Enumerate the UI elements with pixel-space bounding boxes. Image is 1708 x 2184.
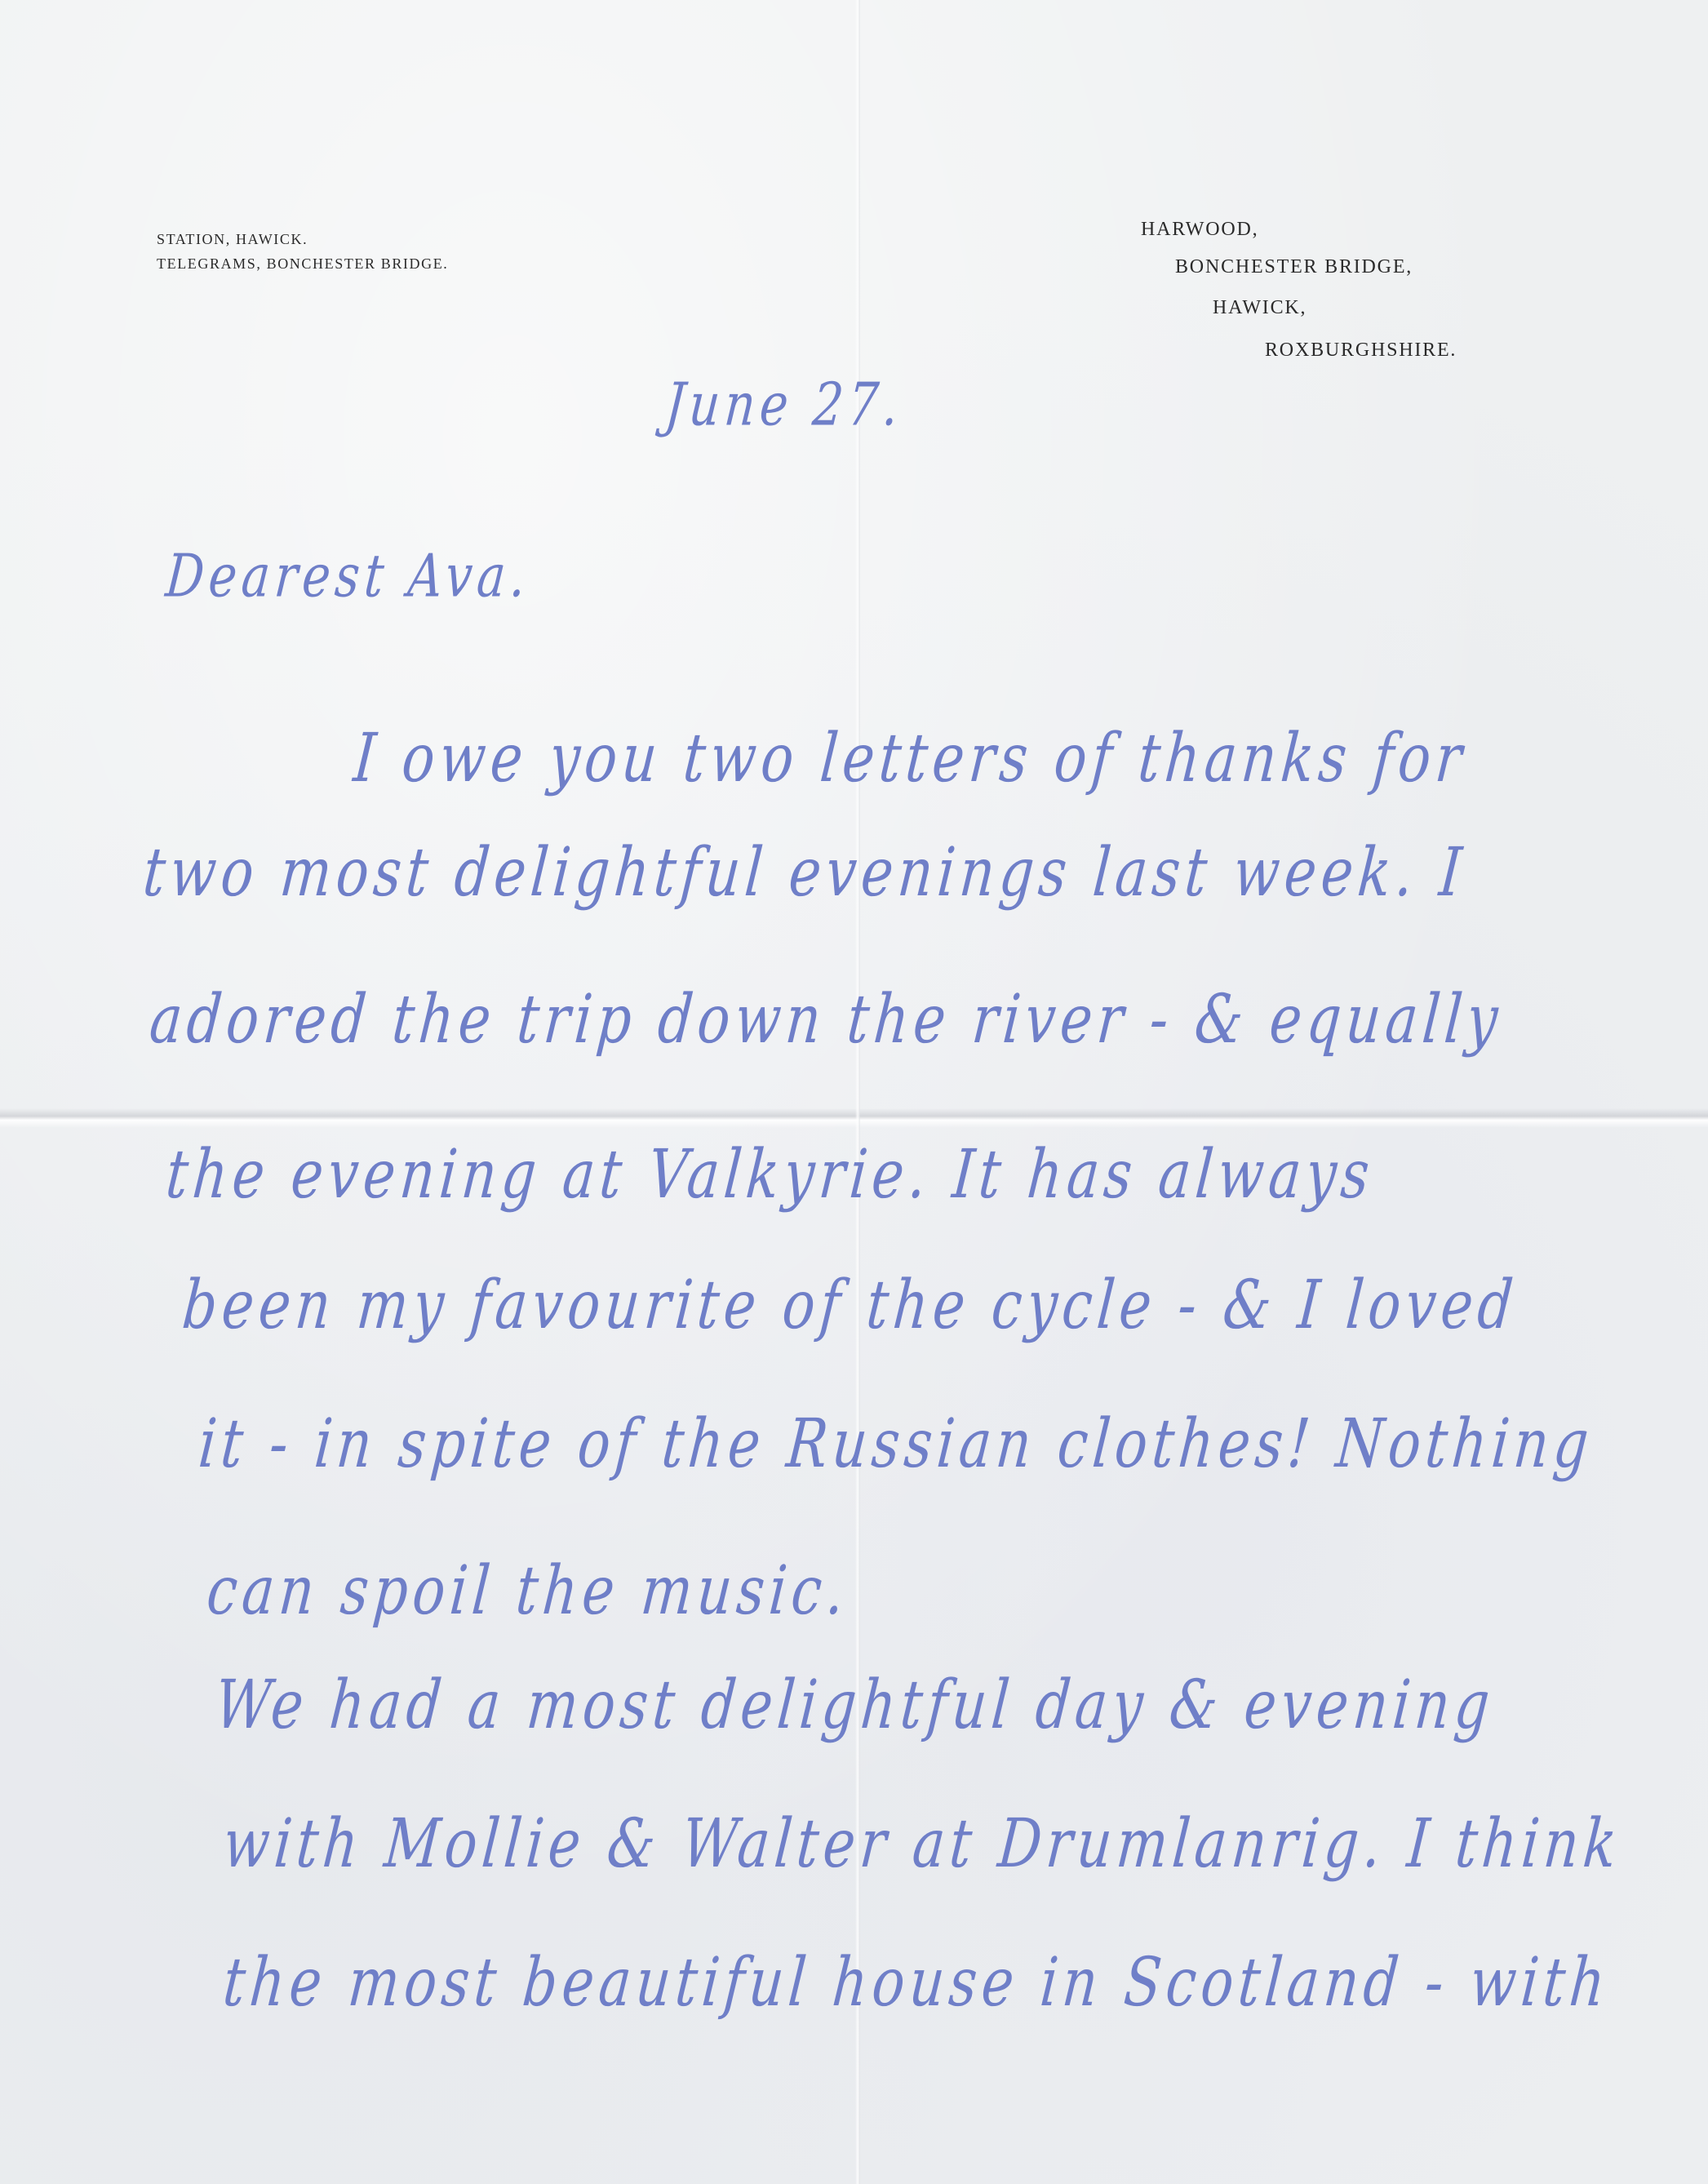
letterhead-station: STATION, HAWICK.: [157, 227, 448, 251]
letter-line-10: the most beautiful house in Scotland - w…: [220, 1943, 1613, 2022]
address-line-3: HAWICK,: [1213, 297, 1307, 319]
letter-line-7: can spoil the music.: [204, 1551, 852, 1630]
letter-line-2: two most delightful evenings last week. …: [140, 833, 1469, 912]
letter-line-3: adored the trip down the river - & equal…: [147, 980, 1506, 1059]
letter-line-6: it - in spite of the Russian clothes! No…: [196, 1405, 1596, 1483]
address-line-2: BONCHESTER BRIDGE,: [1175, 256, 1413, 278]
address-line-1: HARWOOD,: [1141, 219, 1258, 241]
letter-line-5: been my favourite of the cycle - & I lov…: [180, 1266, 1520, 1344]
letter-line-1: I owe you two letters of thanks for: [351, 719, 1470, 797]
letter-date: June 27.: [663, 370, 906, 439]
paper-fold-horizontal: [0, 1108, 1708, 1128]
letter-line-8: We had a most delightful day & evening: [212, 1666, 1497, 1744]
address-line-4: ROXBURGHSHIRE.: [1265, 340, 1457, 362]
letterhead-telegrams: TELEGRAMS, BONCHESTER BRIDGE.: [157, 251, 448, 276]
letter-salutation: Dearest Ava.: [163, 541, 533, 610]
letter-line-9: with Mollie & Walter at Drumlanrig. I th…: [220, 1804, 1625, 1883]
letterhead-left: STATION, HAWICK. TELEGRAMS, BONCHESTER B…: [157, 227, 448, 276]
letter-line-4: the evening at Valkyrie. It has always: [163, 1135, 1377, 1214]
